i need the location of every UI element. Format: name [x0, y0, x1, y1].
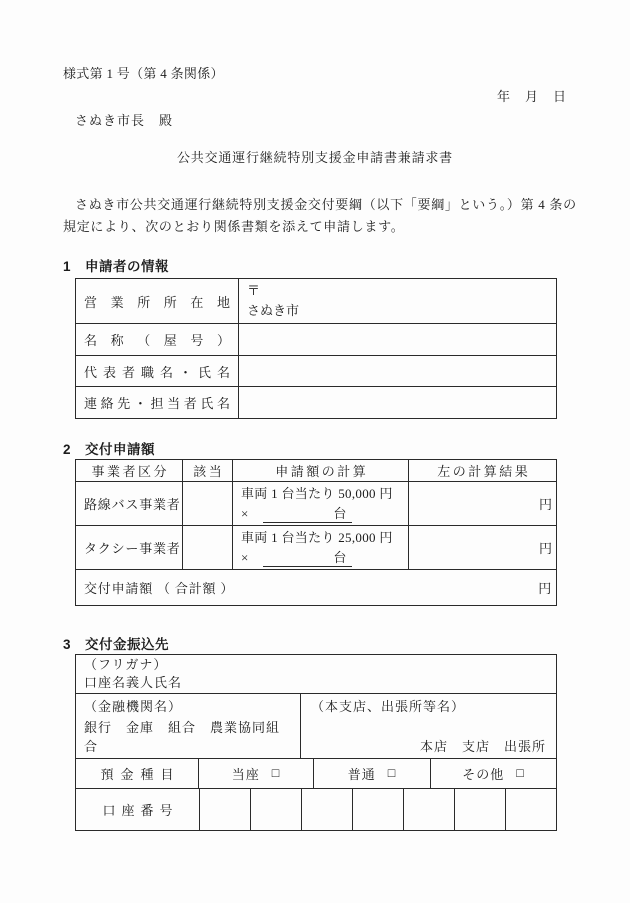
contact-row: 連絡先・担当者氏名: [76, 386, 556, 418]
representative-field[interactable]: [239, 356, 556, 386]
header-operator-type: 事業者区分: [76, 460, 183, 481]
branch-type-options: 本店 支店 出張所: [311, 736, 546, 755]
taxi-result-field[interactable]: 円: [409, 526, 556, 569]
postal-mark: 〒: [247, 281, 548, 301]
deposit-option-ordinary-label: 普通: [348, 764, 376, 783]
applicant-info-table: 営業所所在地 〒 さぬき市 名称（屋号） 代表者職名・氏名 連絡先・担当者氏名: [75, 278, 557, 419]
header-applicable: 該当: [183, 460, 233, 481]
account-holder-label: 口座名義人氏名: [84, 674, 548, 692]
grant-amount-table: 事業者区分 該当 申請額の計算 左の計算結果 路線バス事業者 車両 1 台当たり…: [75, 459, 557, 606]
deposit-option-current: 当座 □: [199, 759, 314, 788]
total-amount-row: 交付申請額 （ 合計額 ） 円: [76, 569, 556, 605]
grant-table-header-row: 事業者区分 該当 申請額の計算 左の計算結果: [76, 460, 556, 481]
trade-name-label-cell: 名称（屋号）: [76, 324, 239, 355]
bank-type-options: 銀行 金庫 組合 農業協同組合: [84, 717, 292, 755]
current-account-checkbox-icon[interactable]: □: [272, 766, 281, 781]
multiply-sign: ×: [241, 550, 249, 565]
account-number-box-4[interactable]: [352, 789, 403, 830]
taxi-vehicle-count-field[interactable]: 台: [263, 549, 352, 567]
representative-label: 代表者職名・氏名: [84, 362, 230, 381]
account-number-box-7[interactable]: [505, 789, 556, 830]
office-address-field[interactable]: 〒 さぬき市: [239, 279, 556, 323]
account-number-row: 口座番号: [76, 788, 556, 830]
taxi-operator-label: タクシー事業者: [76, 526, 183, 569]
deposit-option-current-label: 当座: [232, 764, 260, 783]
application-form-page: 様式第 1 号（第 4 条関係） 年 月 日 さぬき市長 殿 公共交通運行継続特…: [0, 0, 630, 903]
account-number-box-6[interactable]: [454, 789, 505, 830]
contact-label-cell: 連絡先・担当者氏名: [76, 387, 239, 418]
deposit-option-ordinary: 普通 □: [314, 759, 431, 788]
taxi-operator-row: タクシー事業者 車両 1 台当たり 25,000 円 ×台 円: [76, 525, 556, 569]
account-number-box-2[interactable]: [250, 789, 301, 830]
taxi-applicable-field[interactable]: [183, 526, 233, 569]
office-address-row: 営業所所在地 〒 さぬき市: [76, 279, 556, 323]
deposit-option-other: その他 □: [431, 759, 556, 788]
section-heading-grant-amount: 2 交付申請額: [63, 442, 630, 458]
taxi-calc-rate: 車両 1 台当たり 25,000 円: [241, 528, 404, 548]
account-holder-field[interactable]: （フリガナ） 口座名義人氏名: [76, 655, 556, 693]
office-address-label-cell: 営業所所在地: [76, 279, 239, 323]
total-amount-label: 交付申請額 （ 合計額 ）: [84, 578, 234, 597]
account-number-label: 口座番号: [76, 789, 199, 830]
bank-name-label: （金融機関名）: [84, 696, 292, 715]
form-style-number: 様式第 1 号（第 4 条関係）: [63, 66, 630, 82]
branch-name-field[interactable]: （本支店、出張所等名） 本店 支店 出張所: [301, 694, 556, 758]
document-title: 公共交通運行継続特別支援金申請書兼請求書: [0, 150, 630, 166]
ordinary-account-checkbox-icon[interactable]: □: [388, 766, 397, 781]
deposit-type-row: 預金種目 当座 □ 普通 □ その他 □: [76, 758, 556, 788]
account-number-box-3[interactable]: [301, 789, 352, 830]
bank-branch-row: （金融機関名） 銀行 金庫 組合 農業協同組合 （本支店、出張所等名） 本店 支…: [76, 693, 556, 758]
bus-operator-label: 路線バス事業者: [76, 482, 183, 525]
yen-unit: 円: [539, 494, 552, 513]
addressee-line: さぬき市長 殿: [75, 113, 630, 129]
contact-field[interactable]: [239, 387, 556, 418]
date-line: 年 月 日: [0, 89, 567, 105]
intro-paragraph: さぬき市公共交通運行継続特別支援金交付要綱（以下「要綱」という。）第 4 条の …: [63, 194, 582, 238]
office-address-label: 営業所所在地: [84, 292, 230, 311]
representative-row: 代表者職名・氏名: [76, 355, 556, 386]
intro-line-2: 規定により、次のとおり関係書類を添えて申請します。: [63, 216, 582, 238]
total-amount-unit: 円: [538, 578, 552, 597]
deposit-type-label: 預金種目: [76, 759, 199, 788]
bus-calculation-cell: 車両 1 台当たり 50,000 円 ×台: [233, 482, 409, 525]
section-heading-transfer-account: 3 交付金振込先: [63, 637, 630, 653]
taxi-calc-multiplier: ×台: [241, 548, 404, 568]
trade-name-label: 名称（屋号）: [84, 330, 230, 349]
section-heading-applicant-info: 1 申請者の情報: [63, 259, 630, 275]
furigana-label: （フリガナ）: [84, 656, 548, 674]
bus-operator-row: 路線バス事業者 車両 1 台当たり 50,000 円 ×台 円: [76, 481, 556, 525]
bank-name-field[interactable]: （金融機関名） 銀行 金庫 組合 農業協同組合: [76, 694, 301, 758]
intro-line-1: さぬき市公共交通運行継続特別支援金交付要綱（以下「要綱」という。）第 4 条の: [63, 194, 582, 216]
yen-unit: 円: [539, 538, 552, 557]
branch-name-label: （本支店、出張所等名）: [311, 696, 546, 715]
account-number-box-5[interactable]: [403, 789, 454, 830]
bus-calc-rate: 車両 1 台当たり 50,000 円: [241, 484, 404, 504]
office-address-value: さぬき市: [247, 301, 548, 321]
account-holder-row: （フリガナ） 口座名義人氏名: [76, 655, 556, 693]
bus-applicable-field[interactable]: [183, 482, 233, 525]
deposit-option-other-label: その他: [462, 764, 504, 783]
multiply-sign: ×: [241, 506, 249, 521]
header-result: 左の計算結果: [409, 460, 556, 481]
trade-name-field[interactable]: [239, 324, 556, 355]
representative-label-cell: 代表者職名・氏名: [76, 356, 239, 386]
transfer-account-table: （フリガナ） 口座名義人氏名 （金融機関名） 銀行 金庫 組合 農業協同組合 （…: [75, 654, 557, 831]
other-account-checkbox-icon[interactable]: □: [516, 766, 525, 781]
account-number-box-1[interactable]: [199, 789, 250, 830]
bus-vehicle-count-field[interactable]: 台: [263, 505, 352, 523]
taxi-calculation-cell: 車両 1 台当たり 25,000 円 ×台: [233, 526, 409, 569]
bus-calc-multiplier: ×台: [241, 504, 404, 524]
trade-name-row: 名称（屋号）: [76, 323, 556, 355]
contact-label: 連絡先・担当者氏名: [84, 393, 230, 412]
bus-result-field[interactable]: 円: [409, 482, 556, 525]
header-calculation: 申請額の計算: [233, 460, 409, 481]
